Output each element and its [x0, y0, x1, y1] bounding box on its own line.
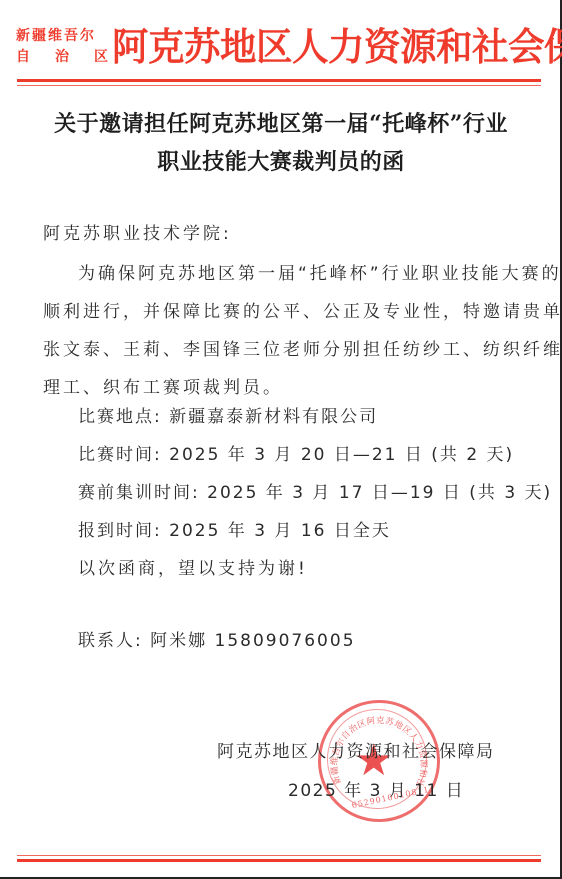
paragraph-line: 张文泰、王莉、李国锋三位老师分别担任纺纱工、纺织纤维梳 — [43, 335, 562, 360]
document-page: 新疆维吾尔 自 治 区 阿克苏地区人力资源和社会保障局 关于邀请担任阿克苏地区第… — [0, 0, 562, 879]
closing-line: 以次函商，望以支持为谢! — [78, 554, 308, 579]
salutation: 阿克苏职业技术学院: — [43, 219, 232, 244]
paragraph-line: 为确保阿克苏地区第一届“托峰杯”行业职业技能大赛的 — [78, 259, 562, 284]
detail-training-time: 赛前集训时间: 2025 年 3 月 17 日—19 日 (共 3 天) — [78, 478, 552, 503]
region-char: 自 — [16, 47, 30, 68]
signature-date: 2025 年 3 月 11 日 — [288, 776, 464, 801]
detail-registration-time: 报到时间: 2025 年 3 月 16 日全天 — [78, 516, 391, 541]
letterhead-region: 新疆维吾尔 自 治 区 — [16, 26, 108, 68]
letter-title-line2: 职业技能大赛裁判员的函 — [0, 145, 562, 176]
letterhead-rule-thick — [17, 79, 541, 82]
detail-venue: 比赛地点: 新疆嘉泰新材料有限公司 — [78, 402, 378, 427]
footer-rule-thick — [17, 859, 541, 862]
paragraph-line: 理工、织布工赛项裁判员。 — [43, 373, 283, 398]
contact-line: 联系人: 阿米娜 15809076005 — [78, 626, 356, 651]
detail-competition-time: 比赛时间: 2025 年 3 月 20 日—21 日 (共 2 天) — [78, 440, 514, 465]
signature-org: 阿克苏地区人力资源和社会保障局 — [217, 737, 495, 762]
letterhead-rule-thin — [17, 85, 541, 86]
letterhead-region-line1: 新疆维吾尔 — [16, 26, 108, 47]
letter-title-line1: 关于邀请担任阿克苏地区第一届“托峰杯”行业 — [0, 107, 562, 138]
region-char: 区 — [94, 47, 108, 68]
letterhead-region-line2: 自 治 区 — [16, 47, 108, 68]
footer-rule-thin — [17, 855, 541, 856]
region-char: 治 — [55, 47, 69, 68]
paragraph-line: 顺利进行，并保障比赛的公平、公正及专业性，特邀请贵单位 — [43, 297, 562, 322]
letterhead-agency: 阿克苏地区人力资源和社会保障局 — [112, 22, 562, 72]
